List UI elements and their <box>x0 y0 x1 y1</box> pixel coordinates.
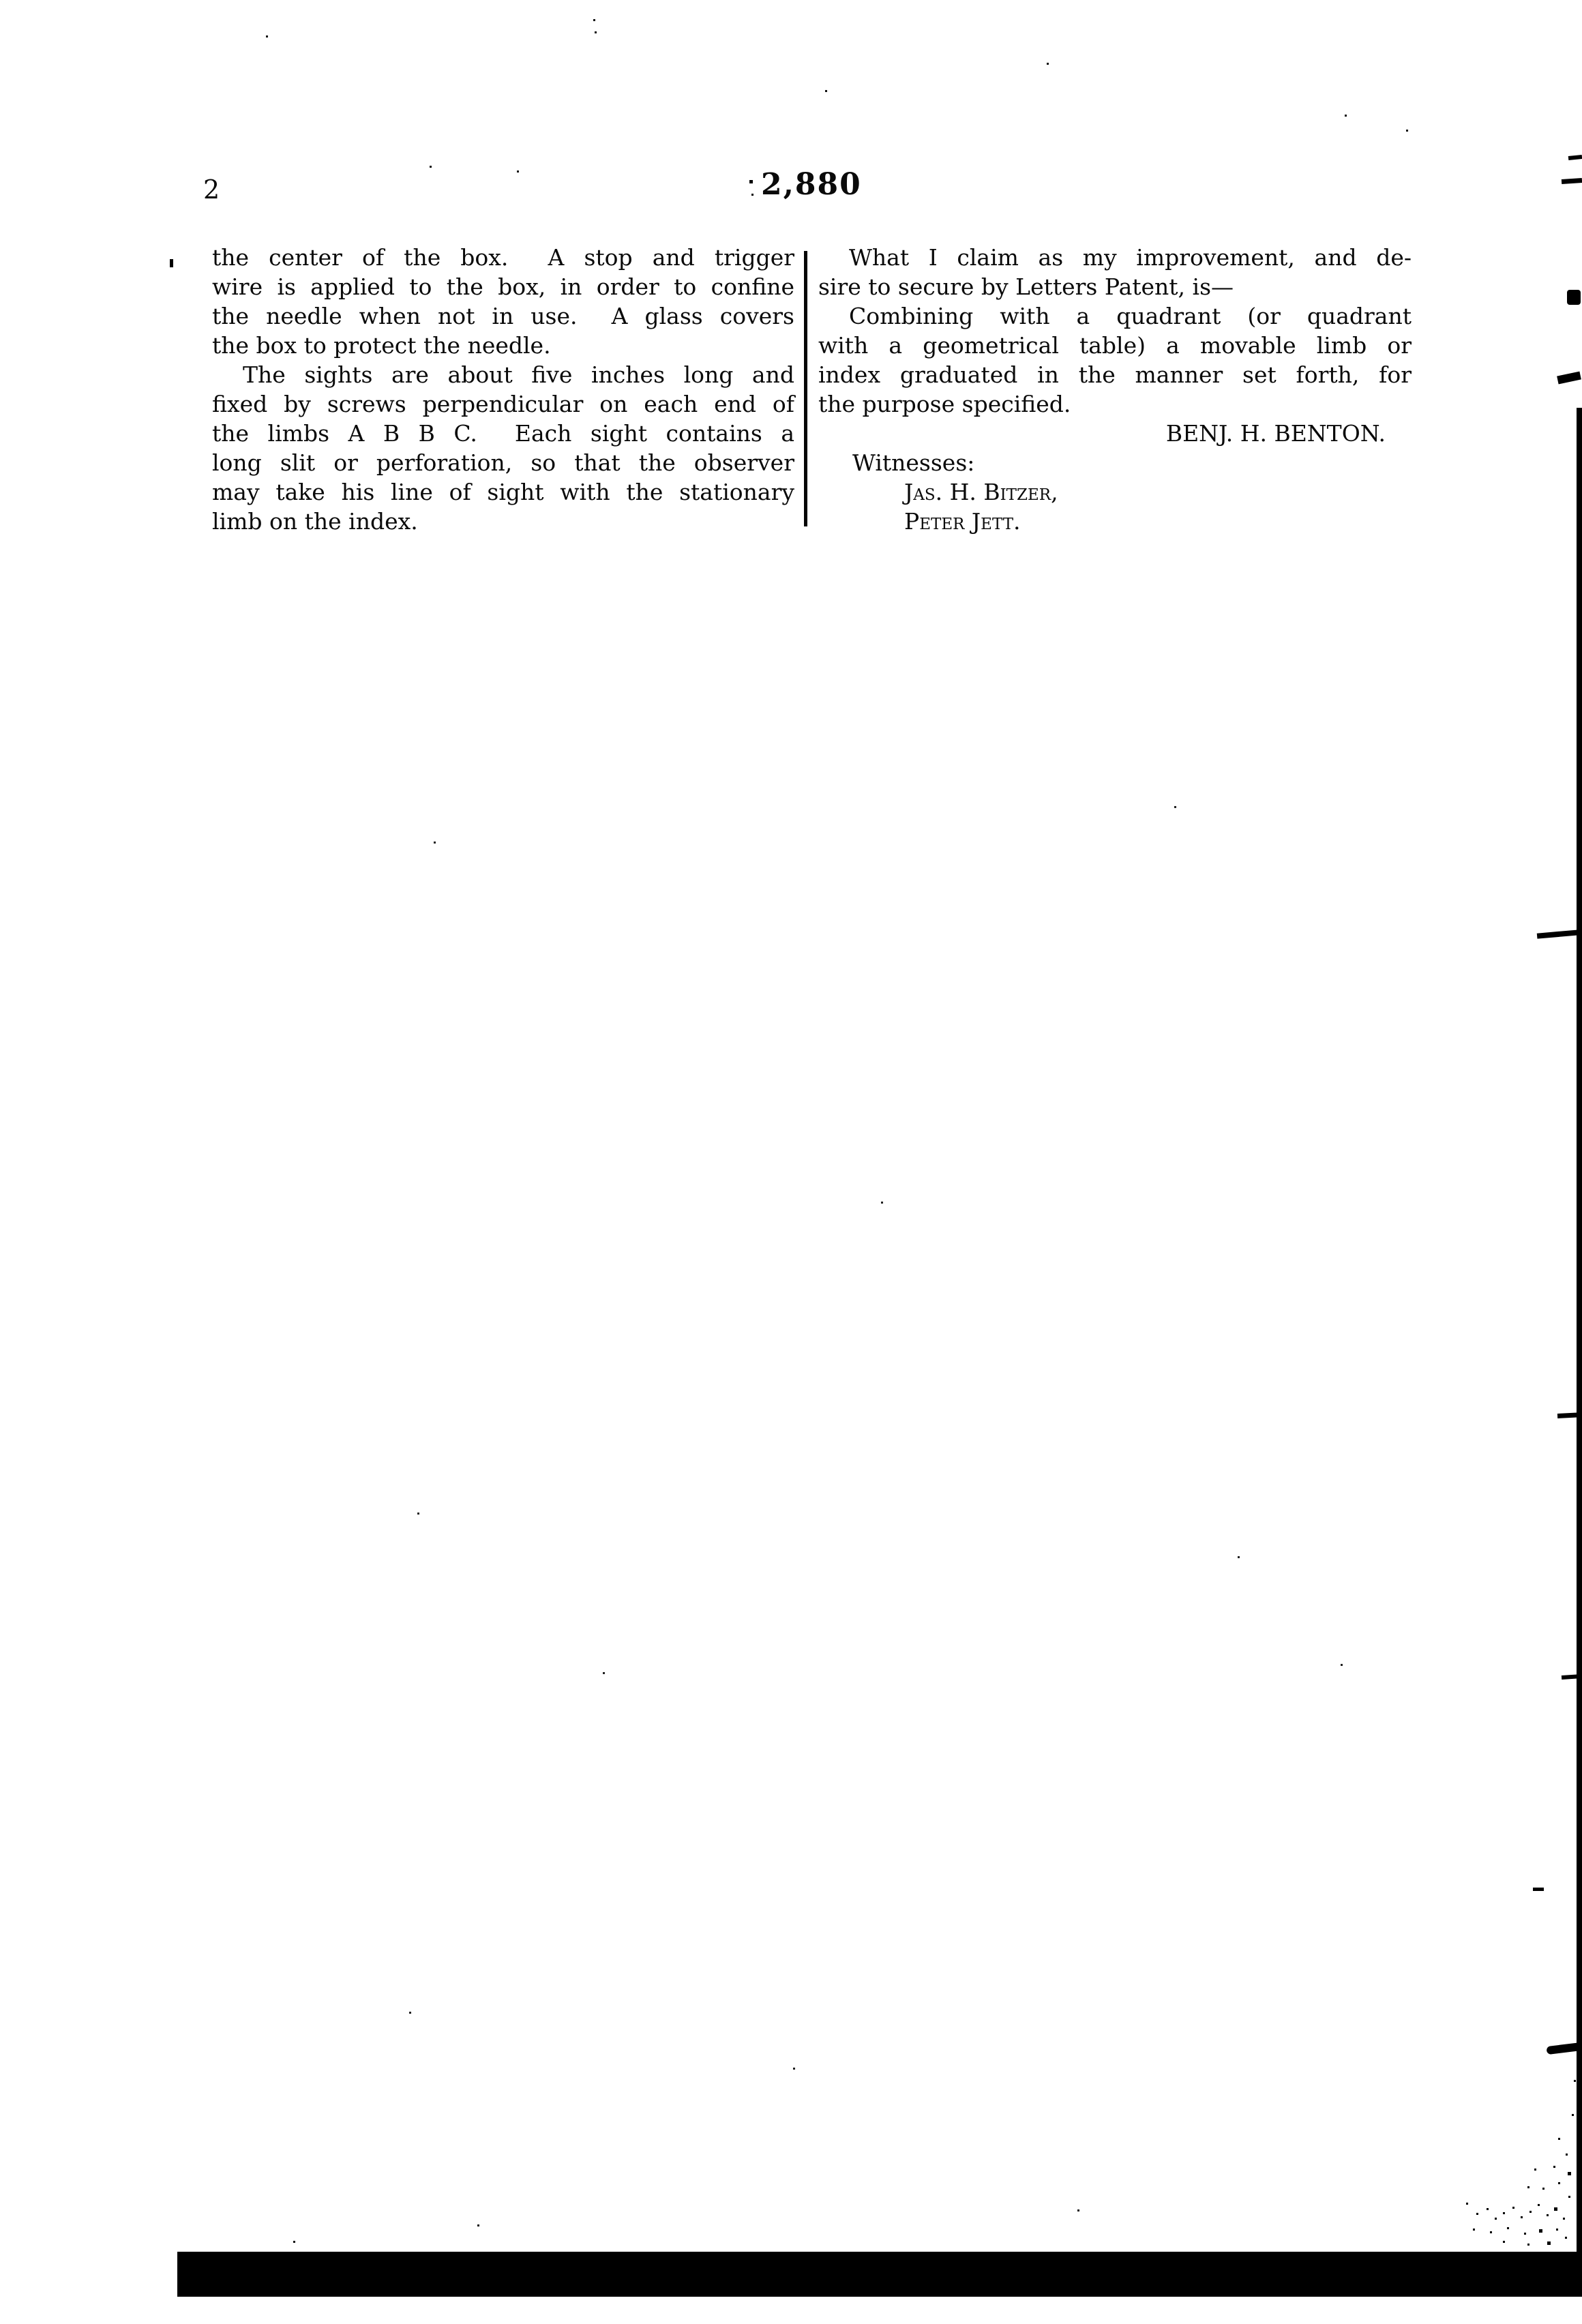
witnesses-label: Witnesses: <box>818 448 1412 477</box>
text-line: the center of the box. A stop and trigge… <box>212 243 794 272</box>
inventor-signature: BENJ. H. BENTON. <box>818 419 1412 448</box>
scan-noise-specks <box>0 0 2 2</box>
text-line: may take his line of sight with the stat… <box>212 477 794 507</box>
text-line: sire to secure by Letters Patent, is— <box>818 272 1412 301</box>
scan-artifact <box>1562 178 1582 184</box>
text-line: the purpose specified. <box>818 389 1412 419</box>
text-line: long slit or perforation, so that the ob… <box>212 448 794 477</box>
scan-artifact <box>1557 372 1581 385</box>
scan-artifact <box>1533 1888 1544 1891</box>
scan-bottom-bar <box>177 2252 1582 2297</box>
text-line: limb on the index. <box>212 507 794 536</box>
witness-name: Peter Jett. <box>818 507 1412 536</box>
text-line: What I claim as my improvement, and de- <box>818 243 1412 272</box>
scanned-patent-page: 2 2,880 the center of the box. A stop an… <box>0 0 1582 2324</box>
text-line: index graduated in the manner set forth,… <box>818 360 1412 389</box>
patent-number: 2,880 <box>761 169 862 200</box>
right-text-column: What I claim as my improvement, and de- … <box>818 243 1412 536</box>
page-number: 2 <box>203 176 220 203</box>
scan-edge-line <box>1577 408 1582 2252</box>
text-line: fixed by screws perpendicular on each en… <box>212 389 794 419</box>
text-line: Combining with a quadrant (or quadrant <box>818 301 1412 331</box>
scan-artifact <box>1537 929 1579 938</box>
text-line: The sights are about five inches long an… <box>212 360 794 389</box>
text-line: the limbs A B B C. Each sight contains a <box>212 419 794 448</box>
column-divider-rule <box>804 251 807 526</box>
left-text-column: the center of the box. A stop and trigge… <box>212 243 794 536</box>
witness-name: Jas. H. Bitzer, <box>818 477 1412 507</box>
scan-artifact <box>170 259 173 267</box>
text-line: the needle when not in use. A glass cove… <box>212 301 794 331</box>
scan-artifact <box>1567 290 1581 305</box>
text-line: wire is applied to the box, in order to … <box>212 272 794 301</box>
text-line: the box to protect the needle. <box>212 331 794 360</box>
scan-artifact <box>1568 155 1582 160</box>
text-line: with a geometrical table) a movable limb… <box>818 331 1412 360</box>
